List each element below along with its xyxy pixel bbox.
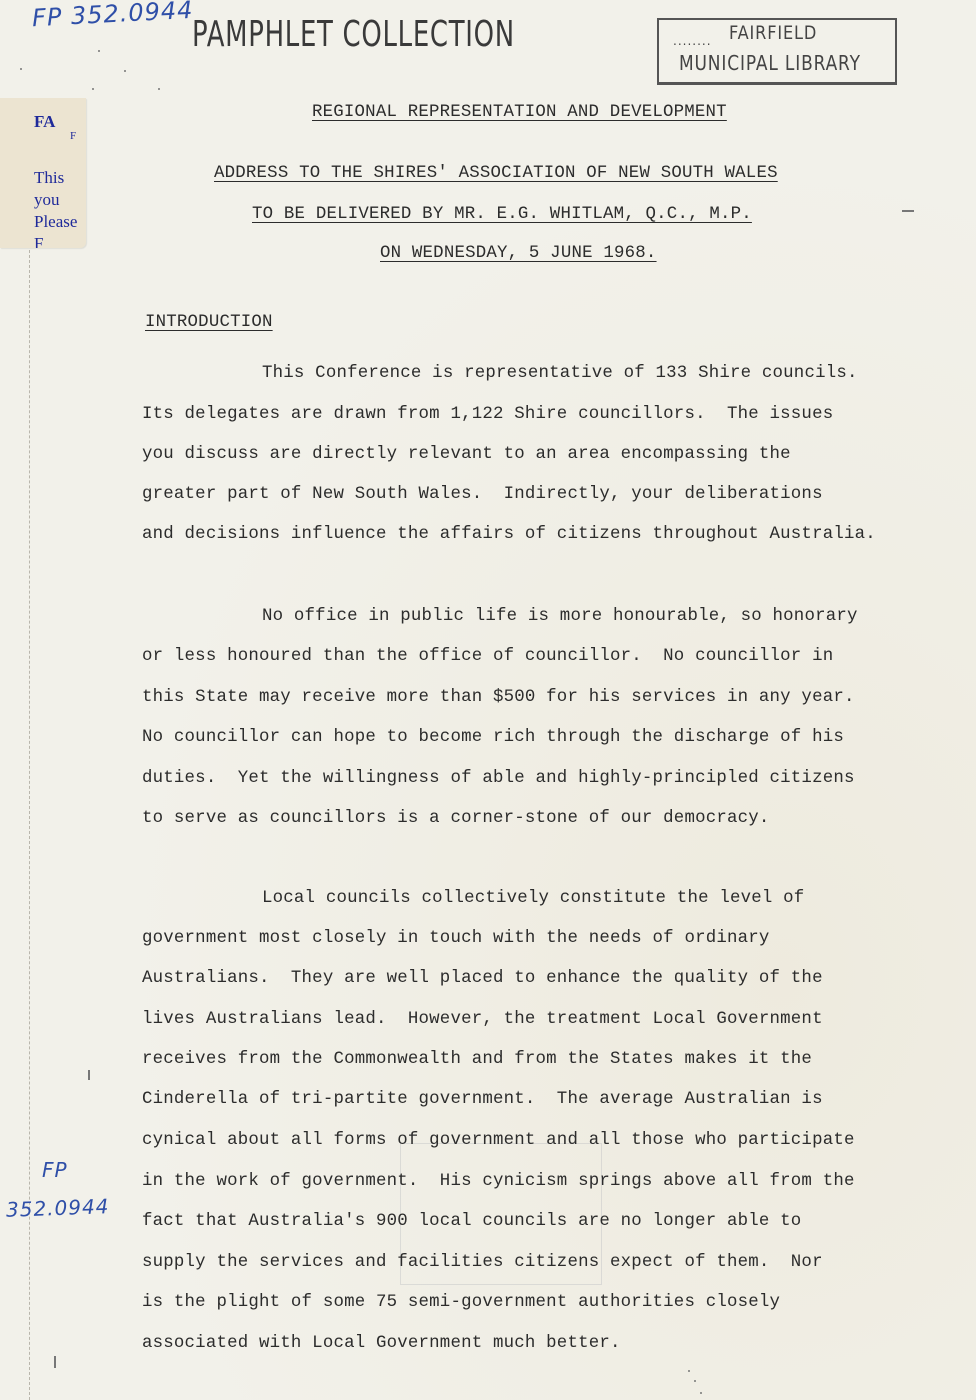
sticker-line: F: [34, 234, 43, 248]
text-line: is the plight of some 75 semi-government…: [142, 1293, 780, 1312]
text-line: greater part of New South Wales. Indirec…: [142, 485, 823, 504]
sticker-title: FA: [34, 112, 55, 132]
text-line: this State may receive more than $500 fo…: [142, 688, 855, 707]
fold-line: [29, 250, 30, 1400]
text-line: you discuss are directly relevant to an …: [142, 445, 791, 464]
text-line: duties. Yet the willingness of able and …: [142, 769, 855, 788]
handwritten-margin-fp: FP: [42, 1158, 68, 1182]
text-line: or less honoured than the office of coun…: [142, 647, 833, 666]
stamp-line-1: FAIRFIELD: [729, 22, 817, 44]
library-sticker: FA F This you Please F: [0, 98, 86, 248]
stamp-line-2: MUNICIPAL LIBRARY: [679, 51, 861, 75]
text-line: lives Australians lead. However, the tre…: [142, 1010, 823, 1029]
pamphlet-collection-stamp: PAMPHLET COLLECTION: [192, 14, 515, 55]
text-line: No office in public life is more honoura…: [262, 607, 858, 626]
sticker-line: This: [34, 168, 64, 188]
text-line: fact that Australia's 900 local councils…: [142, 1212, 801, 1231]
document-page: FA F This you Please F FP 352.0944 FP 35…: [0, 0, 976, 1400]
text-line: This Conference is representative of 133…: [262, 364, 858, 383]
handwritten-call-number: FP 352.0944: [31, 0, 194, 32]
sticker-sub: F: [70, 130, 76, 142]
subtitle-line: TO BE DELIVERED BY MR. E.G. WHITLAM, Q.C…: [252, 205, 752, 224]
text-line: Local councils collectively constitute t…: [262, 889, 804, 908]
text-line: supply the services and facilities citiz…: [142, 1253, 823, 1272]
text-line: in the work of government. His cynicism …: [142, 1172, 855, 1191]
text-line: No councillor can hope to become rich th…: [142, 728, 844, 747]
handwritten-margin-number: 352.0944: [6, 1194, 110, 1222]
text-line: to serve as councillors is a corner-ston…: [142, 809, 770, 828]
sticker-line: Please: [34, 212, 77, 232]
subtitle-line: ON WEDNESDAY, 5 JUNE 1968.: [380, 244, 657, 263]
section-heading: INTRODUCTION: [145, 313, 273, 332]
stamp-dots: ........: [673, 34, 712, 48]
document-title: REGIONAL REPRESENTATION AND DEVELOPMENT: [312, 103, 727, 122]
text-line: and decisions influence the affairs of c…: [142, 525, 876, 544]
text-line: cynical about all forms of government an…: [142, 1131, 855, 1150]
library-stamp: ........ FAIRFIELD MUNICIPAL LIBRARY: [657, 18, 897, 85]
text-line: Cinderella of tri-partite government. Th…: [142, 1090, 823, 1109]
text-line: associated with Local Government much be…: [142, 1334, 621, 1353]
text-line: government most closely in touch with th…: [142, 929, 770, 948]
sticker-line: you: [34, 190, 60, 210]
text-line: receives from the Commonwealth and from …: [142, 1050, 812, 1069]
text-line: Australians. They are well placed to enh…: [142, 969, 823, 988]
text-line: Its delegates are drawn from 1,122 Shire…: [142, 405, 833, 424]
subtitle-line: ADDRESS TO THE SHIRES' ASSOCIATION OF NE…: [214, 164, 778, 183]
